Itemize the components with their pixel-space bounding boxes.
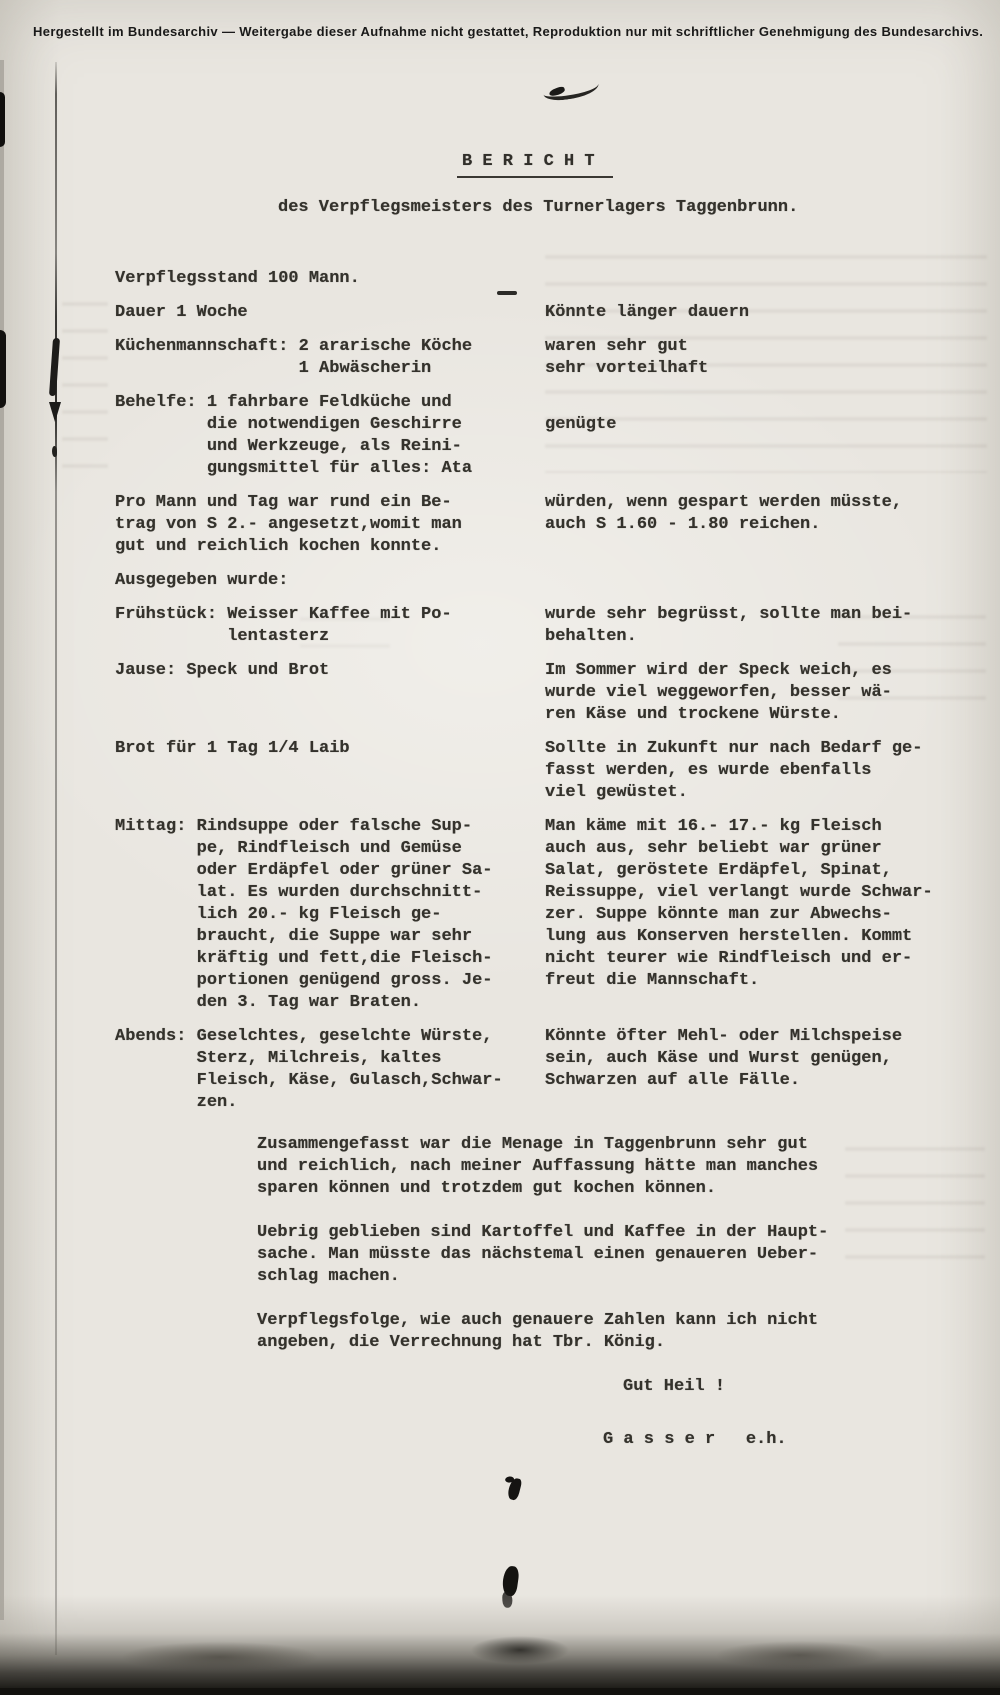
report-row: Pro Mann und Tag war rund ein Be- trag v… bbox=[115, 492, 987, 558]
report-row: Ausgegeben wurde: bbox=[115, 570, 987, 592]
bleed-through-mark bbox=[545, 238, 987, 473]
report-row-left: Brot für 1 Tag 1/4 Laib bbox=[115, 738, 545, 804]
report-row-right: Sollte in Zukunft nur nach Bedarf ge- fa… bbox=[545, 738, 987, 804]
fold-ink-blob bbox=[49, 338, 60, 396]
scan-edge-mark bbox=[0, 92, 5, 147]
report-row-right bbox=[545, 570, 987, 592]
report-row: Brot für 1 Tag 1/4 Laib Sollte in Zukunf… bbox=[115, 738, 987, 804]
report-row-left: Verpflegsstand 100 Mann. bbox=[115, 268, 545, 290]
report-row-left: Dauer 1 Woche bbox=[115, 302, 545, 324]
report-row-left: Pro Mann und Tag war rund ein Be- trag v… bbox=[115, 492, 545, 558]
page-edge-shadow bbox=[0, 60, 4, 1620]
signature: G a s s e r e.h. bbox=[603, 1429, 987, 1451]
bleed-through-mark bbox=[300, 600, 390, 670]
report-row: Mittag: Rindsuppe oder falsche Sup- pe, … bbox=[115, 816, 987, 1014]
scanned-report-page: Hergestellt im Bundesarchiv — Weitergabe… bbox=[0, 0, 1000, 1695]
report-row-right: Man käme mit 16.- 17.- kg Fleisch auch a… bbox=[545, 816, 987, 1014]
report-row-right: würden, wenn gespart werden müsste, auch… bbox=[545, 492, 987, 558]
scan-edge-mark bbox=[0, 330, 6, 408]
report-row-left: Behelfe: 1 fahrbare Feldküche und die no… bbox=[115, 392, 545, 480]
report-row-right: Könnte öfter Mehl- oder Milchspeise sein… bbox=[545, 1026, 987, 1114]
photocopy-bottom-band bbox=[0, 1595, 1000, 1695]
ink-blot-hook bbox=[507, 1477, 523, 1501]
report-row-left: Küchenmannschaft: 2 ararische Köche 1 Ab… bbox=[115, 336, 545, 380]
ink-blot-drop bbox=[501, 1565, 520, 1597]
report-title: B E R I C H T bbox=[457, 152, 613, 178]
photocopy-bottom-edge bbox=[0, 1688, 1000, 1695]
report-row-left: Ausgegeben wurde: bbox=[115, 570, 545, 592]
report-row: Abends: Geselchtes, geselchte Würste, St… bbox=[115, 1026, 987, 1114]
archive-stamp-notice: Hergestellt im Bundesarchiv — Weitergabe… bbox=[33, 24, 983, 39]
fold-dot-mark bbox=[52, 446, 57, 457]
bleed-through-mark bbox=[62, 285, 108, 480]
report-row-left: Mittag: Rindsuppe oder falsche Sup- pe, … bbox=[115, 816, 545, 1014]
ink-squiggle-mark bbox=[542, 76, 600, 103]
fold-arrow-mark bbox=[49, 402, 61, 422]
fold-crease-line bbox=[55, 62, 57, 1655]
report-row-left: Abends: Geselchtes, geselchte Würste, St… bbox=[115, 1026, 545, 1114]
report-subtitle: des Verpflegsmeisters des Turnerlagers T… bbox=[278, 198, 798, 217]
closing-paragraph: Verpflegsfolge, wie auch genauere Zahlen… bbox=[257, 1310, 987, 1354]
salutation: Gut Heil ! bbox=[623, 1376, 987, 1398]
bleed-through-mark bbox=[838, 598, 986, 723]
bleed-through-mark bbox=[845, 1130, 985, 1270]
